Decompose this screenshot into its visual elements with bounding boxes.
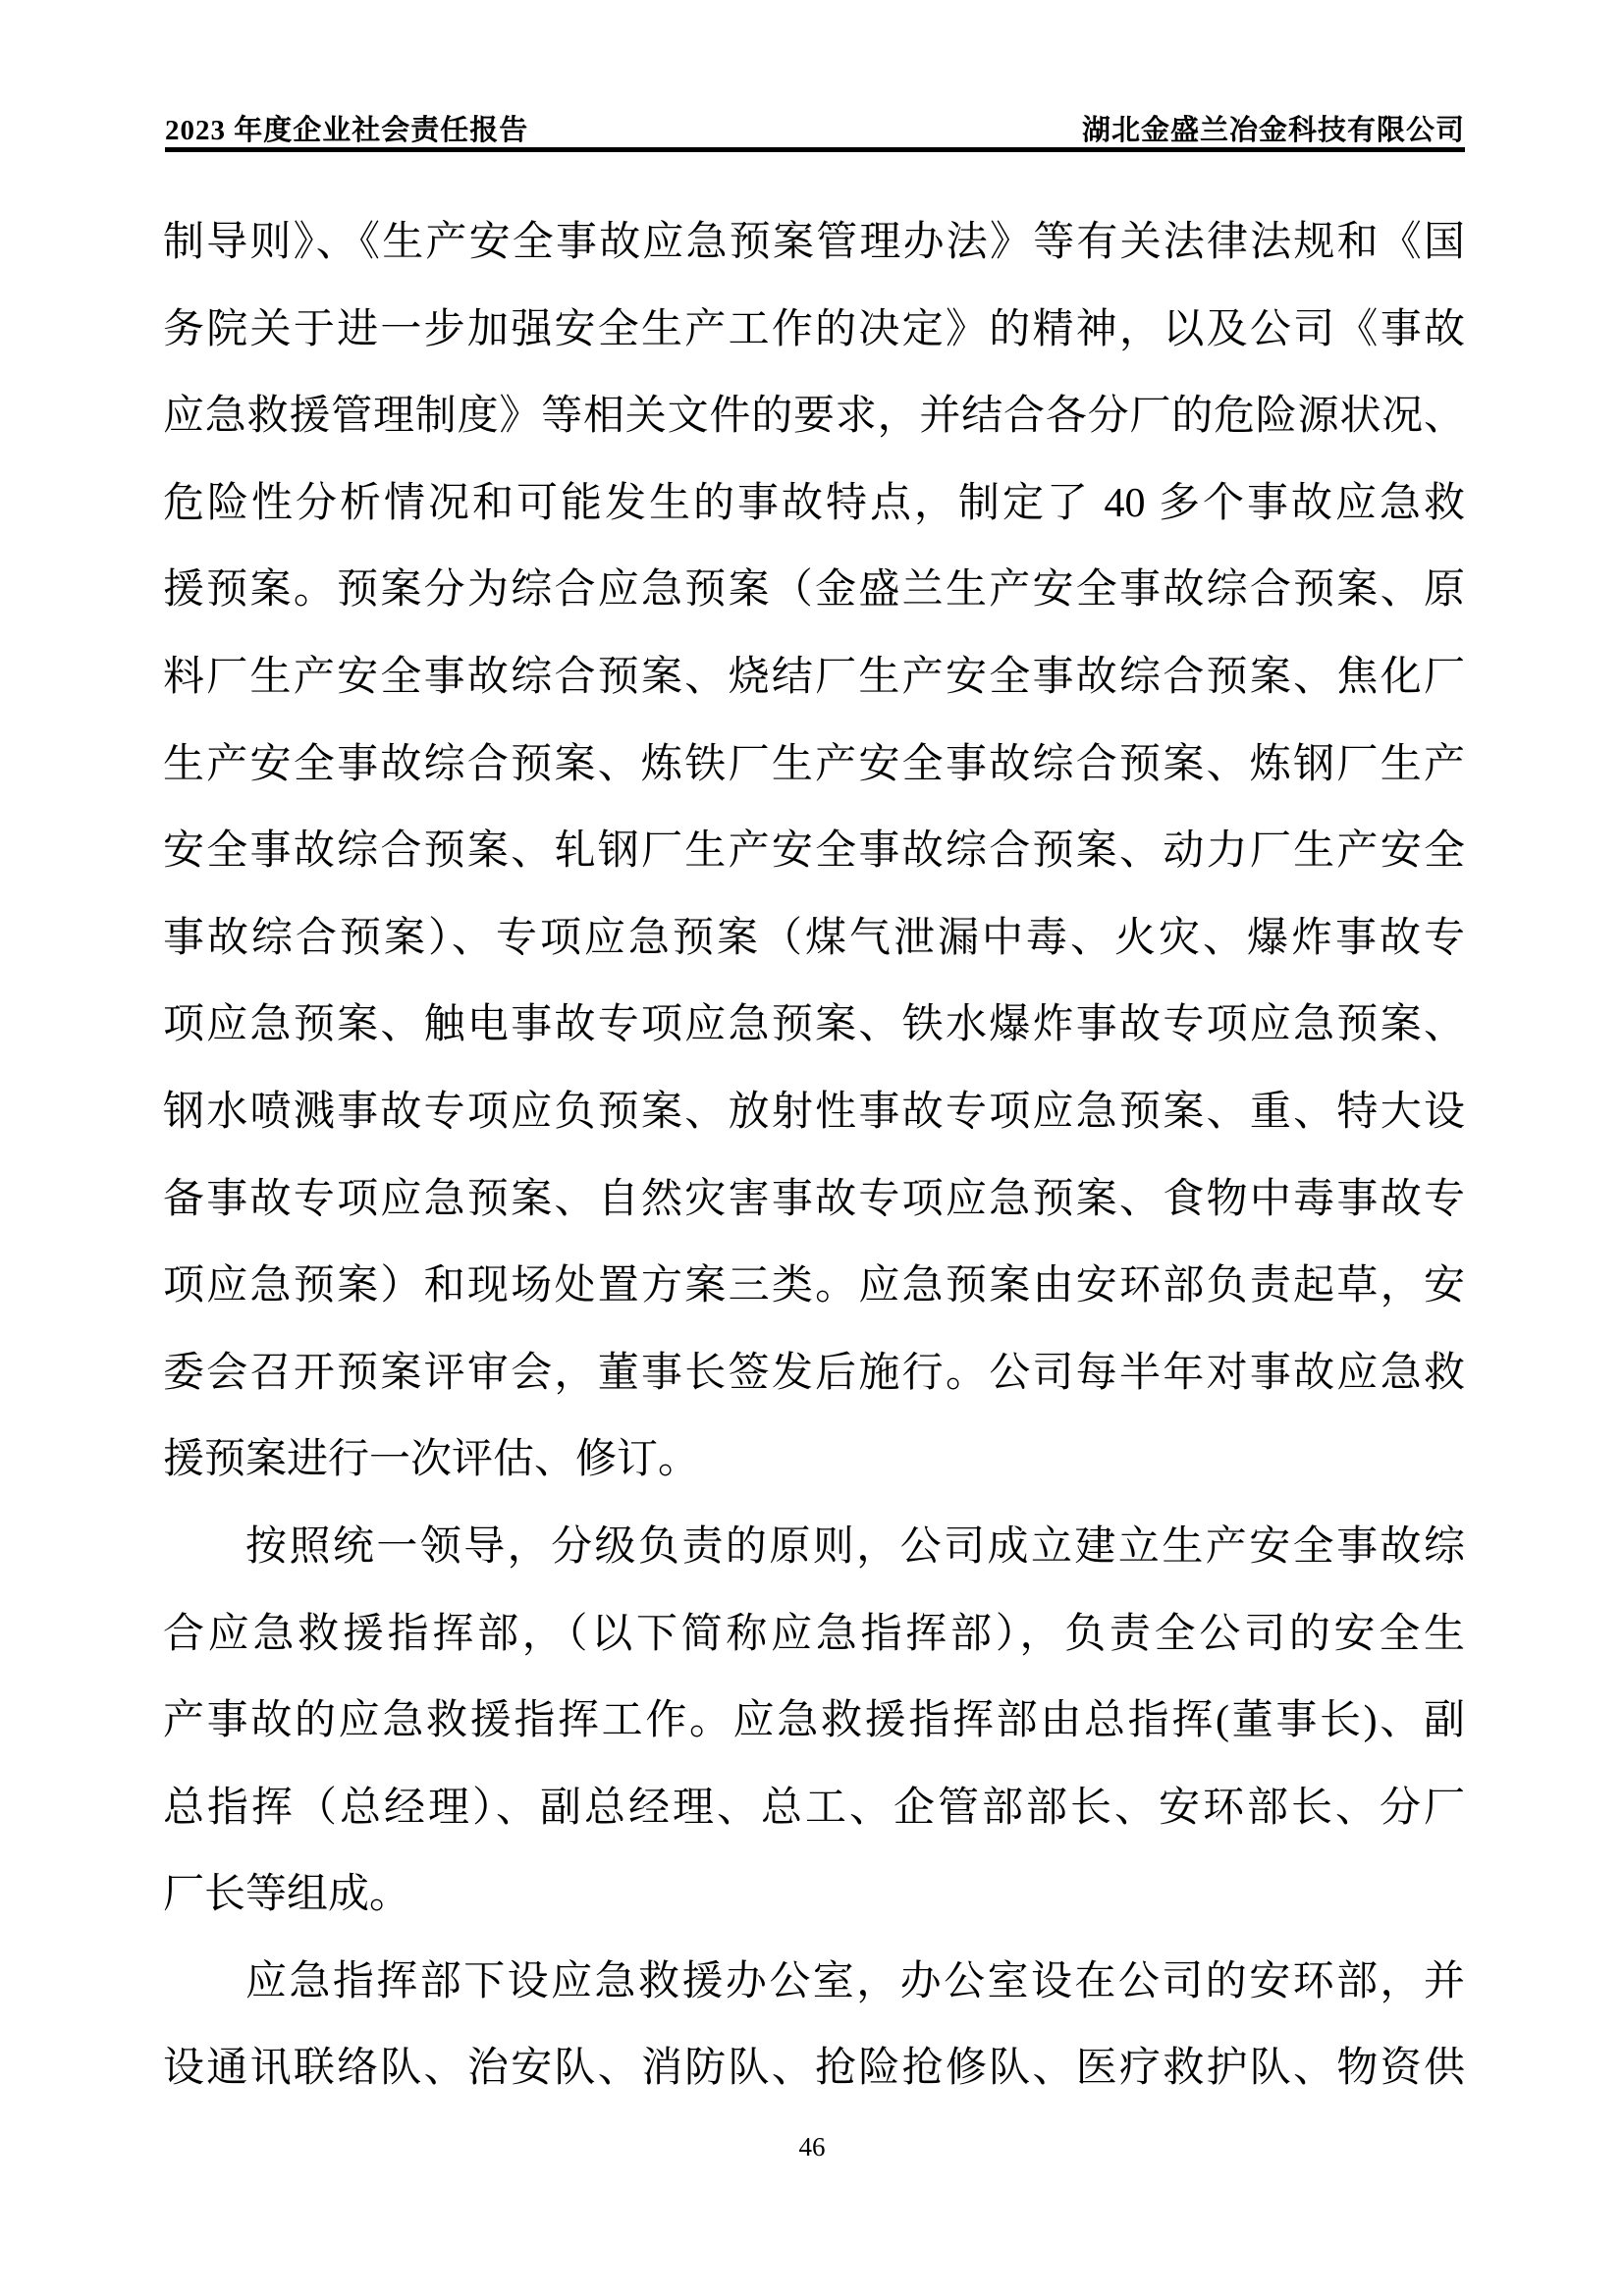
body-line: 务院关于进一步加强安全生产工作的决定》的精神，以及公司《事故 [163, 287, 1465, 374]
body-line-paragraph-start: 按照统一领导，分级负责的原则，公司成立建立生产安全事故综 [163, 1504, 1465, 1591]
body-line: 合应急救援指挥部，（以下简称应急指挥部），负责全公司的安全生 [163, 1591, 1465, 1679]
body-line-paragraph-start: 应急指挥部下设应急救援办公室，办公室设在公司的安环部，并 [163, 1939, 1465, 2026]
body-line: 委会召开预案评审会，董事长签发后施行。公司每半年对事故应急救 [163, 1330, 1465, 1417]
page-footer: 46 [0, 2132, 1624, 2163]
report-page: 2023 年度企业社会责任报告 湖北金盛兰冶金科技有限公司 制导则》、《生产安全… [0, 0, 1624, 2296]
body-line: 料厂生产安全事故综合预案、烧结厂生产安全事故综合预案、焦化厂 [163, 634, 1465, 721]
header-report-title: 2023 年度企业社会责任报告 [165, 108, 528, 148]
body-line: 援预案。预案分为综合应急预案（金盛兰生产安全事故综合预案、原 [163, 547, 1465, 634]
body-line: 事故综合预案）、专项应急预案（煤气泄漏中毒、火灾、爆炸事故专 [163, 895, 1465, 983]
body-line: 危险性分析情况和可能发生的事故特点，制定了 40 多个事故应急救 [163, 460, 1465, 548]
header-rule [165, 147, 1465, 152]
body-line: 钢水喷溅事故专项应负预案、放射性事故专项应急预案、重、特大设 [163, 1069, 1465, 1156]
body-line: 安全事故综合预案、轧钢厂生产安全事故综合预案、动力厂生产安全 [163, 808, 1465, 895]
page-header: 2023 年度企业社会责任报告 湖北金盛兰冶金科技有限公司 [165, 108, 1465, 148]
body-line: 生产安全事故综合预案、炼铁厂生产安全事故综合预案、炼钢厂生产 [163, 721, 1465, 809]
body-line: 总指挥（总经理）、副总经理、总工、企管部部长、安环部长、分厂 [163, 1765, 1465, 1852]
page-number: 46 [799, 2132, 826, 2162]
body-line: 制导则》、《生产安全事故应急预案管理办法》等有关法律法规和《国 [163, 199, 1465, 287]
header-company-name: 湖北金盛兰冶金科技有限公司 [1082, 108, 1465, 148]
body-line: 设通讯联络队、治安队、消防队、抢险抢修队、医疗救护队、物资供 [163, 2025, 1465, 2112]
body-line: 产事故的应急救援指挥工作。应急救援指挥部由总指挥(董事长)、副 [163, 1678, 1465, 1765]
body-line: 项应急预案）和现场处置方案三类。应急预案由安环部负责起草，安 [163, 1243, 1465, 1330]
body-line-paragraph-end: 厂长等组成。 [163, 1851, 1465, 1939]
body-line: 备事故专项应急预案、自然灾害事故专项应急预案、食物中毒事故专 [163, 1156, 1465, 1244]
body-line: 项应急预案、触电事故专项应急预案、铁水爆炸事故专项应急预案、 [163, 982, 1465, 1069]
body-text: 制导则》、《生产安全事故应急预案管理办法》等有关法律法规和《国 务院关于进一步加… [163, 199, 1465, 2112]
body-line-paragraph-end: 援预案进行一次评估、修订。 [163, 1416, 1465, 1504]
body-line: 应急救援管理制度》等相关文件的要求，并结合各分厂的危险源状况、 [163, 373, 1465, 460]
